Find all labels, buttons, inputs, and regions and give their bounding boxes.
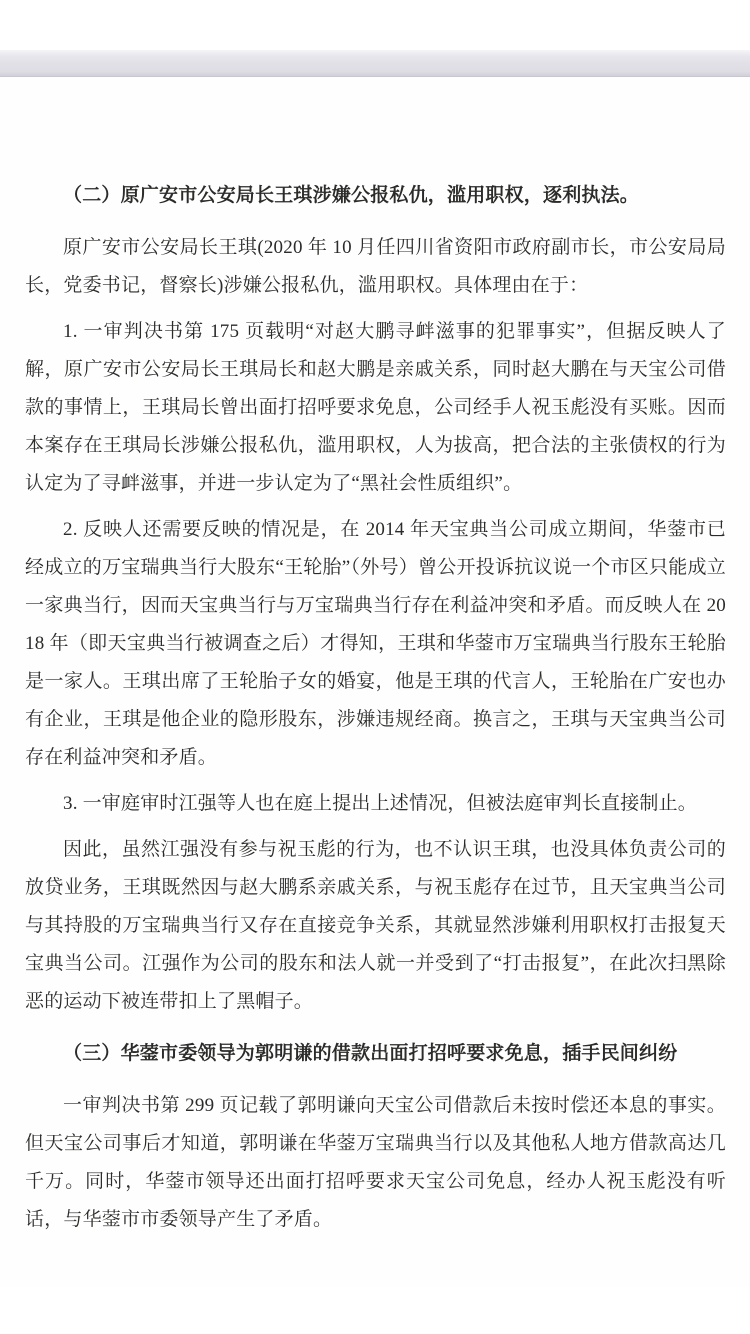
- paragraph-point-2: 2. 反映人还需要反映的情况是，在 2014 年天宝典当公司成立期间，华蓥市已经…: [25, 511, 726, 777]
- paragraph-intro-wangqi: 原广安市公安局长王琪(2020 年 10 月任四川省资阳市政府副市长，市公安局局…: [25, 229, 726, 305]
- paragraph-conclusion-section-two: 因此，虽然江强没有参与祝玉彪的行为，也不认识王琪，也没具体负责公司的放贷业务，王…: [25, 831, 726, 1021]
- section-heading-two: （二）原广安市公安局长王琪涉嫌公报私仇，滥用职权，逐利执法。: [25, 177, 726, 215]
- document-page: （二）原广安市公安局长王琪涉嫌公报私仇，滥用职权，逐利执法。 原广安市公安局长王…: [0, 77, 750, 1287]
- document-viewer[interactable]: （二）原广安市公安局长王琪涉嫌公报私仇，滥用职权，逐利执法。 原广安市公安局长王…: [0, 0, 750, 1334]
- page-separator: [0, 50, 750, 77]
- paragraph-section-three-body: 一审判决书第 299 页记载了郭明谦向天宝公司借款后未按时偿还本息的事实。但天宝…: [25, 1087, 726, 1239]
- previous-page-bottom-edge: [0, 0, 750, 50]
- paragraph-point-1: 1. 一审判决书第 175 页载明“对赵大鹏寻衅滋事的犯罪事实”，但据反映人了解…: [25, 313, 726, 503]
- paragraph-point-3: 3. 一审庭审时江强等人也在庭上提出上述情况，但被法庭审判长直接制止。: [25, 785, 726, 823]
- section-heading-three: （三）华蓥市委领导为郭明谦的借款出面打招呼要求免息，插手民间纠纷: [25, 1035, 726, 1073]
